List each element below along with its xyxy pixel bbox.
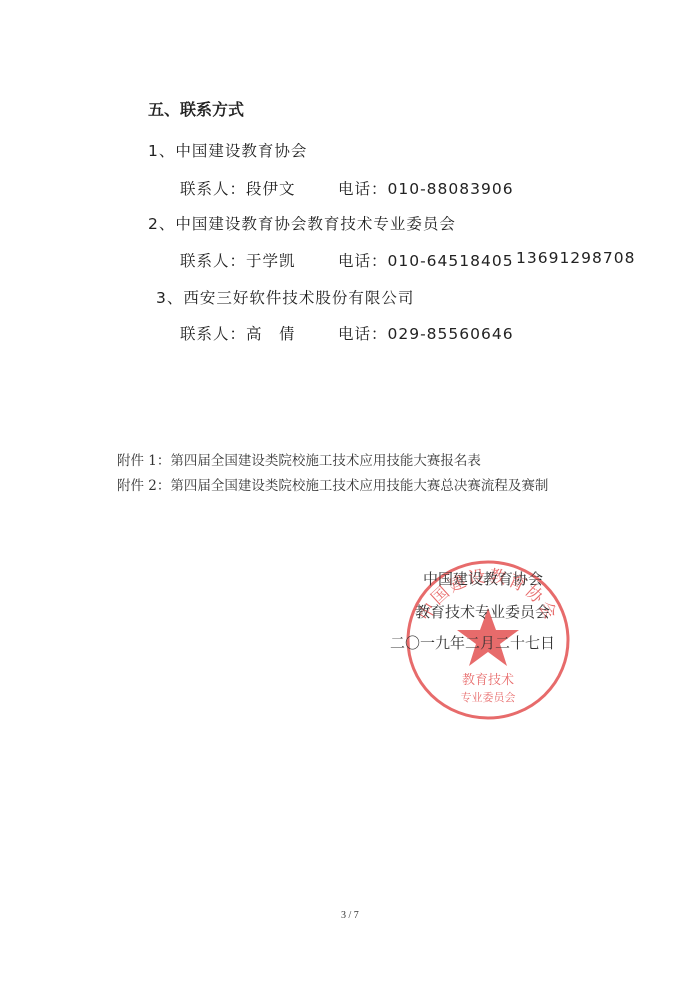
svg-text:教育技术: 教育技术 — [462, 672, 514, 688]
contact-person-3: 联系人：高 倩 — [180, 322, 296, 344]
contact-phone-2: 电话：010-64518405 — [338, 249, 514, 271]
contact-org-3: 3、西安三好软件技术股份有限公司 — [156, 286, 414, 308]
svg-text:专业委员会: 专业委员会 — [461, 690, 516, 704]
contact-person-2: 联系人：于学凯 — [180, 249, 296, 271]
signature-date: 二〇一九年二月二十七日 — [390, 632, 555, 653]
contact-person-1: 联系人：段伊文 — [180, 177, 296, 199]
contact-extra-phone-2: 13691298708 — [516, 249, 635, 267]
contact-phone-1: 电话：010-88083906 — [338, 177, 514, 199]
page-number: 3 / 7 — [341, 910, 359, 921]
attachment-2: 附件 2：第四届全国建设类院校施工技术应用技能大赛总决赛流程及赛制 — [117, 474, 548, 494]
section-heading: 五、联系方式 — [148, 97, 244, 120]
signature-org-line1: 中国建设教育协会 — [423, 568, 543, 589]
attachment-1: 附件 1：第四届全国建设类院校施工技术应用技能大赛报名表 — [117, 449, 481, 469]
contact-org-1: 1、中国建设教育协会 — [148, 139, 307, 161]
signature-org-line2: 教育技术专业委员会 — [415, 601, 550, 622]
contact-phone-3: 电话：029-85560646 — [338, 322, 514, 344]
contact-org-2: 2、中国建设教育协会教育技术专业委员会 — [148, 212, 456, 234]
